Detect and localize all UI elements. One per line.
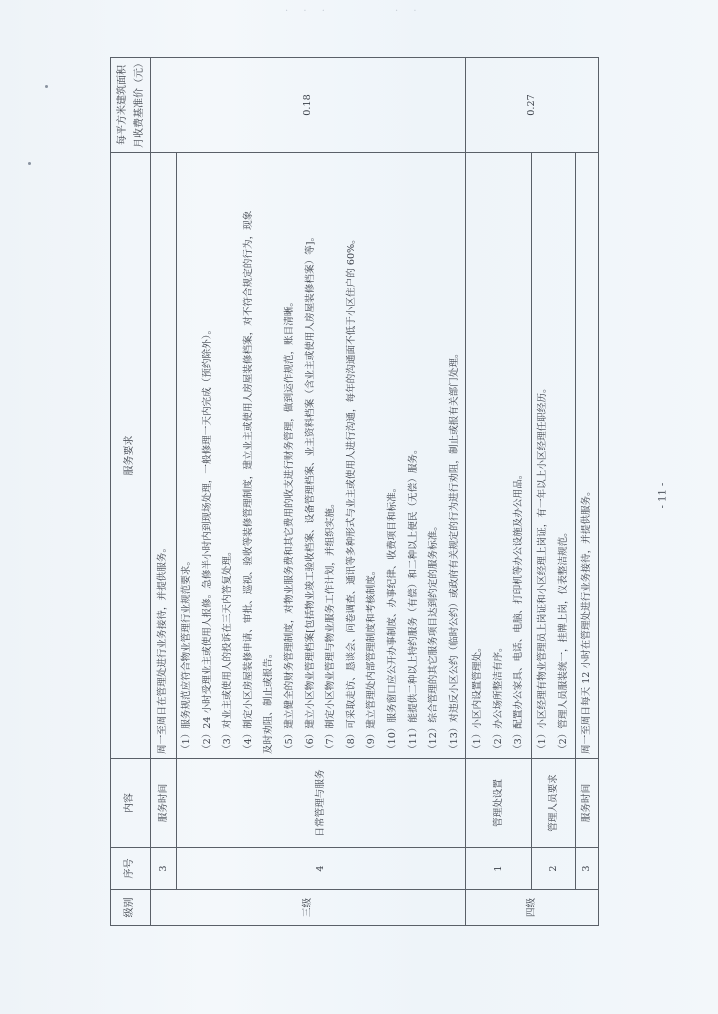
requirement-line: （3）对业主或使用人的投诉在三天内答复处理。: [218, 157, 239, 754]
table-row: 三级 3 服务时间 周一至周日在管理处进行业务接待，并提供服务。 0.18: [151, 58, 177, 926]
price-cell: 0.27: [466, 58, 599, 153]
requirement-line: （11）能提供二种以上特约服务（有偿）和二种以上便民（无偿）服务。: [404, 157, 425, 754]
level-cell: 四级: [466, 890, 599, 926]
requirement-line: 及时劝阻、制止或报告。: [259, 157, 280, 754]
content-cell: 管理处设置: [466, 759, 532, 848]
seq-cell: 3: [576, 848, 599, 890]
rotated-table: 级别 序号 内容 服务要求 每平方米建筑面积 月收费基准价（元） 三级 3 服务…: [110, 58, 595, 926]
header-row: 级别 序号 内容 服务要求 每平方米建筑面积 月收费基准价（元）: [111, 58, 151, 926]
seq-cell: 1: [466, 848, 532, 890]
requirements-cell: （1）服务规范应符合物业管理行业规范要求。 （2）24 小时受理业主或使用人报修…: [177, 153, 466, 759]
requirement-line: （1）小区内设置管理处。: [468, 157, 489, 754]
requirement-line: （12）综合管理的其它服务项目达到约定的服务标准。: [424, 157, 445, 754]
requirement-line: （13）对违反小区公约（临时公约）或政府有关规定的行为进行劝阻，制止或报有关部门…: [445, 157, 466, 754]
requirement-line: （1）服务规范应符合物业管理行业规范要求。: [177, 157, 198, 754]
table-row: 2 管理人员要求 （1）小区经理有物业管理员上岗证和小区经理上岗证，有一年以上小…: [532, 58, 576, 926]
content-cell: 日常管理与服务: [177, 759, 466, 848]
requirement-line: （2）办公场所整洁有序。: [489, 157, 510, 754]
requirement-line: （4）制定小区房屋装修申请、审批、巡视、验收等装修管理制度，建立业主或使用人房屋…: [239, 157, 260, 754]
requirement-line: （5）建立健全的财务管理制度，对物业服务费和其它费用的收支进行财务管理，做到运作…: [280, 157, 301, 754]
seq-cell: 3: [151, 848, 177, 890]
content-cell: 服务时间: [151, 759, 177, 848]
header-content: 内容: [111, 759, 151, 848]
table-row: 3 服务时间 周一至周日每天 12 小时在管理处进行业务接待，并提供服务。: [576, 58, 599, 926]
bleed-through-text: · · ·: [285, 6, 331, 17]
service-standard-table: 级别 序号 内容 服务要求 每平方米建筑面积 月收费基准价（元） 三级 3 服务…: [110, 57, 599, 926]
requirement-line: （3）配置办公家具、电话、电脑、打印机等办公设施及办公用品。: [509, 157, 530, 754]
scan-speck: [45, 85, 48, 88]
requirements-cell: （1）小区内设置管理处。 （2）办公场所整洁有序。 （3）配置办公家具、电话、电…: [466, 153, 532, 759]
header-requirements: 服务要求: [111, 153, 151, 759]
rotated-table-container: 级别 序号 内容 服务要求 每平方米建筑面积 月收费基准价（元） 三级 3 服务…: [110, 58, 718, 543]
content-cell: 服务时间: [576, 759, 599, 848]
header-price-line2: 月收费基准价（元）: [131, 62, 148, 148]
content-cell: 管理人员要求: [532, 759, 576, 848]
requirements-cell: （1）小区经理有物业管理员上岗证和小区经理上岗证，有一年以上小区经理任职经历。 …: [532, 153, 576, 759]
requirements-cell: 周一至周日每天 12 小时在管理处进行业务接待，并提供服务。: [576, 153, 599, 759]
seq-cell: 4: [177, 848, 466, 890]
requirement-line: （9）建立管理处内部管理制度和考核制度。: [362, 157, 383, 754]
table-row: 4 日常管理与服务 （1）服务规范应符合物业管理行业规范要求。 （2）24 小时…: [177, 58, 466, 926]
price-cell: 0.18: [151, 58, 466, 153]
header-price-line1: 每平方米建筑面积: [114, 62, 131, 148]
requirement-line: （1）小区经理有物业管理员上岗证和小区经理上岗证，有一年以上小区经理任职经历。: [533, 157, 554, 754]
requirement-line: 周一至周日在管理处进行业务接待，并提供服务。: [153, 157, 174, 754]
header-level: 级别: [111, 890, 151, 926]
requirement-line: 周一至周日每天 12 小时在管理处进行业务接待，并提供服务。: [577, 157, 598, 754]
table-row: 四级 1 管理处设置 （1）小区内设置管理处。 （2）办公场所整洁有序。 （3）…: [466, 58, 532, 926]
header-price: 每平方米建筑面积 月收费基准价（元）: [111, 58, 151, 153]
requirement-line: （2）管理人员服装统一，挂牌上岗，仪表整洁规范。: [554, 157, 575, 754]
requirement-line: （7）制定小区物业管理与物业服务工作计划，并组织实施。: [321, 157, 342, 754]
header-seq: 序号: [111, 848, 151, 890]
requirement-line: （8）可采取走访、恳谈会、问卷调查、通讯等多种形式与业主或使用人进行沟通，每年的…: [342, 157, 363, 754]
requirement-line: （2）24 小时受理业主或使用人报修。急修半小时内到现场处理，一般修理一天内完成…: [198, 157, 219, 754]
requirements-cell: 周一至周日在管理处进行业务接待，并提供服务。: [151, 153, 177, 759]
bleed-through-text: · ·: [395, 6, 423, 17]
requirement-line: （6）建立小区物业管理档案[包括物业竣工验收档案、设备管理档案、业主资料档案（含…: [301, 157, 322, 754]
scan-speck: [28, 162, 31, 165]
seq-cell: 2: [532, 848, 576, 890]
requirement-line: （10）服务窗口应公开办事制度、办事纪律、收费项目和标准。: [383, 157, 404, 754]
level-cell: 三级: [151, 890, 466, 926]
